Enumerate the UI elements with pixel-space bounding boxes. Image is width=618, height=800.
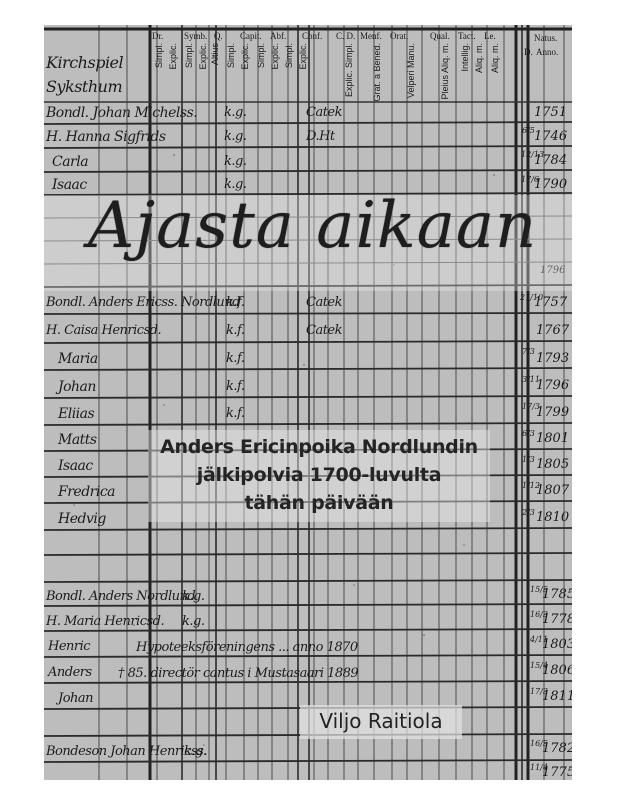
ledger-row-year: 1805 [536,457,569,472]
book-cover: Dr. Symb. Q. Capit. Abf. Conf. C. D. Men… [44,25,572,780]
ledger-annotation: Hypoteeksföreningens ... anno 1870 [136,640,358,655]
ledger-row-conf: Catek [306,295,342,310]
ledger-row-day: 21/10 [520,293,532,302]
ledger-row-mark: k.f. [226,295,245,310]
ledger-row-mark: k.g. [182,589,204,604]
ledger-row-name: Carla [52,154,88,170]
book-subtitle: Anders Ericinpoika Nordlundin jälkipolvi… [136,433,502,517]
book-title: Ajasta aikaan [88,189,572,263]
ledger-row-mark: k.g. [184,744,206,759]
ledger-header-name: Syksthum [46,77,122,96]
ledger-row-mark: k.f. [226,379,245,394]
column-header-dr: Dr. [152,31,163,41]
ledger-row-day: 7/3 [522,347,534,356]
sub-header: Explic. Simpl. [344,43,354,97]
ledger-row-day: 1/12 [522,481,534,490]
sub-header: Simpl. [226,43,236,68]
subtitle-line: Anders Ericinpoika Nordlundin [136,433,502,461]
ledger-row-year: 1801 [536,431,569,446]
column-header-le: Le. [484,31,496,41]
ledger-row-year: 1778 [542,612,572,627]
ledger-row-day: 17/3 [522,402,534,411]
sub-header: Explic. [198,43,208,70]
ledger-row-conf: Catek [306,323,342,338]
natus-year-header: Anno. [536,47,558,57]
ledger-row-year: 1751 [534,105,567,120]
sub-header: Simpl. [184,43,194,68]
sub-header: Simpl. [284,43,294,68]
ledger-row-name: Isaac [58,458,93,474]
sub-header: Explic. [168,43,178,70]
ledger-row-name: Fredrica [58,484,115,500]
ledger-row-name: Isaac [52,177,87,193]
ledger-annotation: † 85. directör cantus i Mustasaari 1889 [118,666,358,681]
ledger-row-day: 16/3 [530,610,542,619]
ledger-row-mark: k.g. [224,105,246,120]
sub-header: Grat. a Bened. [372,43,382,102]
ledger-row-name: Eliias [58,406,94,422]
book-author: Viljo Raitiola [300,709,462,733]
ledger-row-day: 11/4 [530,763,542,772]
sub-header: Intellig. [460,43,470,72]
ledger-row-mark: k.g. [182,614,204,629]
column-header-q: Q. [214,31,223,41]
ledger-row-year: 1793 [536,351,569,366]
ledger-row-day: 3/11 [522,375,534,384]
ledger-row-mark: k.f. [226,406,245,421]
ledger-row-name: Bondl. Johan Michelss. [46,105,197,121]
ledger-row-name: Maria [58,351,98,367]
ledger-row-day: 4/11 [530,635,542,644]
sub-header: Aliq. m. [490,43,500,73]
ledger-row-year: 1757 [534,295,567,310]
ledger-row-conf: Catek [306,105,342,120]
ledger-row-year: 1799 [536,405,569,420]
ledger-row-day: 6/5 [522,126,534,135]
ledger-row-mark: k.f. [226,351,245,366]
column-header-cd: C. D. [336,31,355,41]
ledger-row-day: 17/3 [530,687,542,696]
ledger-row-year: 1785 [542,587,572,602]
ledger-row-year: 1807 [536,483,569,498]
sub-header: Explic. [240,43,250,70]
sub-header: Explic. [298,43,308,70]
sub-header: Velperi Manu. [406,43,416,98]
ledger-row-year: 1806 [542,663,572,678]
ledger-row-name: Johan [58,691,93,706]
sub-header: Aliq. m. [474,43,484,73]
subtitle-line: jälkipolvia 1700-luvulta [136,461,502,489]
column-header-qual: Qual. [430,31,450,41]
ledger-row-year: 1811 [542,689,572,704]
ledger-row-name: Bondl. Anders Ericss. Nordlund [46,295,240,310]
ledger-row-conf: D.Ht [306,129,335,144]
ledger-row-year: 1746 [534,129,567,144]
ledger-row-mark: k.g. [224,154,246,169]
sub-header: Pleius Aliq. m. [440,43,450,100]
ledger-row-year: 1767 [536,323,569,338]
ledger-row-name: Johan [58,379,96,395]
ledger-row-day: 16/5 [530,739,542,748]
ledger-row-name: Matts [58,432,97,448]
ledger-row-name: Henric [48,639,90,654]
sub-header: Altius [210,43,220,65]
ledger-row-name: Hedvig [58,511,106,527]
ledger-row-name: Bondl. Anders Nordlund [46,589,195,604]
column-header-natus: Natus. [534,33,557,43]
ledger-row-day: 15/4 [530,661,542,670]
ledger-row-day: 12/13 [521,150,533,159]
column-header-capit: Capit. [240,31,262,41]
ledger-row-name: H. Hanna Sigfrids [46,129,166,145]
sub-header: Explic. [270,43,280,70]
ledger-row-year: 1796 [536,378,569,393]
ledger-row-name: Anders [48,665,92,680]
column-header-conf: Conf. [302,31,322,41]
ledger-header-name: Kirchspiel [46,53,123,72]
subtitle-line: tähän päivään [136,489,502,517]
column-header-menf: Menf. [360,31,382,41]
sub-header: Simpl. [154,43,164,68]
column-header-orat: Orat. [390,31,408,41]
ledger-row-mark: k.g. [224,129,246,144]
ledger-row-mark: k.f. [226,323,245,338]
ledger-row-name: H. Caisa Henricsd. [46,323,161,338]
ledger-row-day: 2/3 [522,508,534,517]
ledger-row-name: H. Maria Henricsd. [46,614,164,629]
sub-header: Simpl. [256,43,266,68]
ledger-row-year: 1775 [542,765,572,780]
column-header-abf: Abf. [270,31,286,41]
ledger-row-name: Bondeson Johan Henricss. [46,744,207,759]
ledger-row-day: 6/3 [522,429,534,438]
ledger-row-year: 1803 [542,637,572,652]
natus-day-header: D. [524,47,533,57]
ledger-row-year: 1784 [534,153,567,168]
ledger-row-day: 1/3 [522,455,534,464]
ledger-row-day: 15/5 [530,585,542,594]
ledger-row-day: 17/6 [521,175,533,184]
column-header-tact: Tact. [458,31,476,41]
ledger-row-year: 1782 [542,741,572,756]
column-header-symb: Symb. [184,31,207,41]
ledger-row-year: 1810 [536,510,569,525]
